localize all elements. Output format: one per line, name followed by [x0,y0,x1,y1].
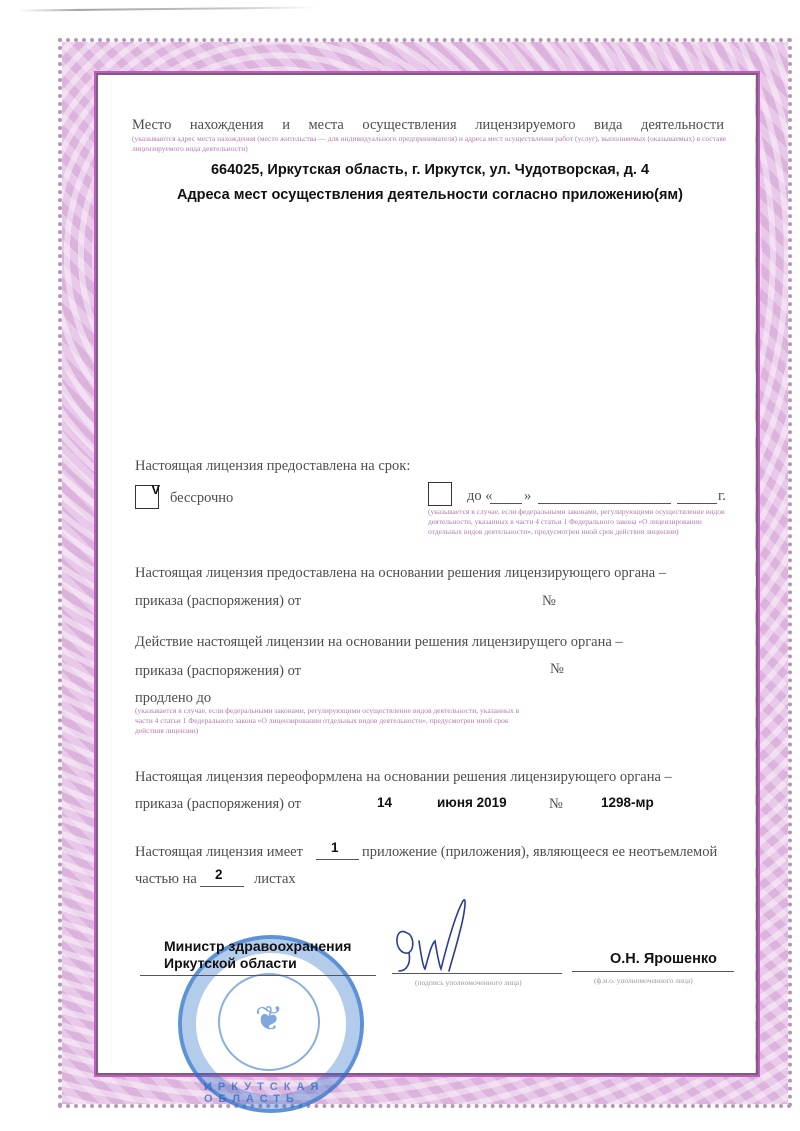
until-hint: (указывается в случае, если федеральными… [428,507,728,537]
appendix-count-blank [316,859,359,860]
name-line [572,971,734,972]
handwritten-signature [385,895,485,977]
signature-caption: (подпись уполномоченного лица) [415,978,522,988]
until-quote-close: » [524,488,531,505]
appendix-text-before: Настоящая лицензия имеет [135,844,303,861]
extended-hint: (указывается в случае, если федеральными… [135,706,525,736]
license-address: 664025, Иркутская область, г. Иркутск, у… [120,162,740,178]
stamp-text: ИРКУТСКАЯ ОБЛАСТЬ [204,1081,360,1105]
unlimited-checkbox[interactable]: V [135,485,159,509]
until-date-checkbox[interactable] [428,482,452,506]
activity-places: Адреса мест осуществления деятельности с… [120,187,740,203]
signatory-position-line1: Министр здравоохранения [164,938,351,954]
reissued-basis-line: Настоящая лицензия переоформлена на осно… [135,769,672,786]
extended-basis-line: Действие настоящей лицензии на основании… [135,634,623,651]
appendix-sheets-blank [200,886,244,887]
until-year-blank [677,503,717,504]
appendix-line2-after: листах [254,871,296,888]
unlimited-label: бессрочно [170,490,233,507]
until-month-blank [538,503,671,504]
until-day-blank [490,503,522,504]
granted-number-label: № [542,593,556,610]
granted-basis-line: Настоящая лицензия предоставлена на осно… [135,565,666,582]
location-hint: (указываются адрес места нахождения (мес… [132,134,727,154]
name-caption: (ф.и.о. уполномоченного лица) [594,976,693,986]
appendix-text-after: приложение (приложения), являющееся ее н… [362,844,717,861]
coat-of-arms-icon: ❦ [220,999,318,1039]
extended-order-label: приказа (распоряжения) от [135,663,301,680]
reissued-order-label: приказа (распоряжения) от [135,796,301,813]
reissued-order-number: 1298-мр [601,795,654,810]
extended-until-label: продлено до [135,690,211,707]
reissued-month-year: июня 2019 [437,795,507,810]
until-year-suffix: г. [718,488,726,505]
signatory-position-line2: Иркутской области [164,955,297,971]
signature-line [392,973,562,974]
term-label: Настоящая лицензия предоставлена на срок… [135,458,410,475]
granted-order-label: приказа (распоряжения) от [135,593,301,610]
appendix-count: 1 [331,840,339,855]
extended-number-label: № [550,661,564,678]
reissued-day: 14 [377,795,392,810]
signatory-name: О.Н. Ярошенко [610,951,717,967]
reissued-number-label: № [549,796,563,813]
stamp-inner-ring: ❦ [218,973,320,1071]
until-prefix: до « [467,488,493,505]
check-mark-icon: V [151,482,160,497]
appendix-line2-before: частью на [135,871,197,888]
location-heading: Место нахождения и места осуществления л… [132,117,724,134]
scan-artifact [18,6,318,11]
position-underline [140,975,376,976]
appendix-sheets: 2 [215,867,223,882]
